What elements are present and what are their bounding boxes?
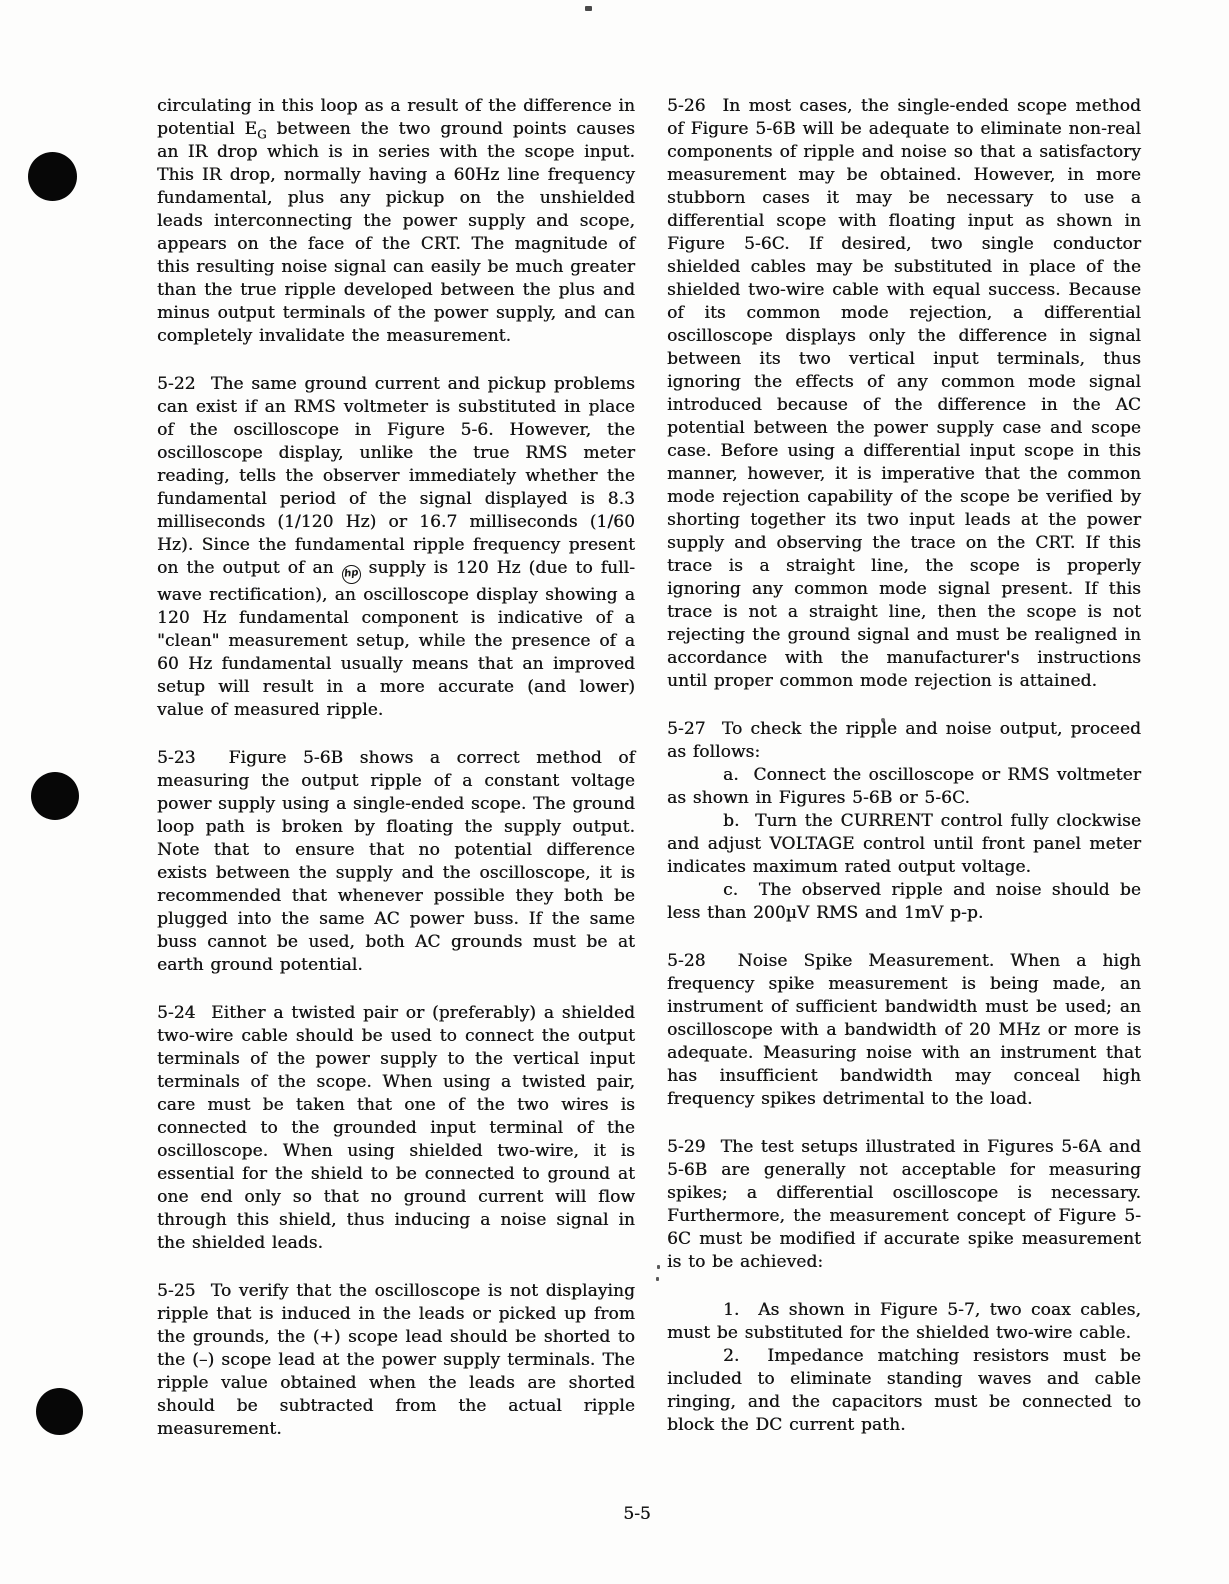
- paragraph-5-27-item-a: a. Connect the oscilloscope or RMS voltm…: [667, 764, 1141, 810]
- subscript-text: G: [257, 127, 267, 141]
- punch-hole-middle: [31, 772, 79, 820]
- paragraph-5-23: 5-23 Figure 5-6B shows a correct method …: [157, 747, 635, 977]
- paragraph-5-26: 5-26 In most cases, the single-ended sco…: [667, 95, 1141, 693]
- document-page: circulating in this loop as a result of …: [0, 0, 1229, 1584]
- paragraph-5-24: 5-24 Either a twisted pair or (preferabl…: [157, 1002, 635, 1255]
- paragraph-5-27-lead: 5-27 To check the ripple and noise outpu…: [667, 718, 1141, 764]
- paragraph-5-27-item-b: b. Turn the CURRENT control fully clockw…: [667, 810, 1141, 879]
- paragraph-5-22: 5-22 The same ground current and pickup …: [157, 373, 635, 722]
- hp-logo-icon: hp: [341, 564, 362, 585]
- left-column: circulating in this loop as a result of …: [157, 95, 635, 1441]
- punch-hole-top: [28, 152, 77, 201]
- punch-hole-bottom: [36, 1388, 83, 1435]
- scan-artifact: [585, 6, 592, 11]
- paragraph-5-25: 5-25 To verify that the oscilloscope is …: [157, 1280, 635, 1441]
- paragraph-5-29-item-1: 1. As shown in Figure 5-7, two coax cabl…: [667, 1299, 1141, 1345]
- paragraph-5-29-lead: 5-29 The test setups illustrated in Figu…: [667, 1136, 1141, 1274]
- scan-artifact: [656, 1277, 659, 1281]
- scan-artifact: [657, 1265, 660, 1269]
- paragraph-5-28: 5-28 Noise Spike Measurement. When a hig…: [667, 950, 1141, 1111]
- paragraph-continuation: circulating in this loop as a result of …: [157, 95, 635, 348]
- paragraph-5-29-item-2: 2. Impedance matching resistors must be …: [667, 1345, 1141, 1437]
- right-column: 5-26 In most cases, the single-ended sco…: [667, 95, 1141, 1437]
- page-number: 5-5: [45, 1504, 1229, 1524]
- paragraph-5-27-item-c: c. The observed ripple and noise should …: [667, 879, 1141, 925]
